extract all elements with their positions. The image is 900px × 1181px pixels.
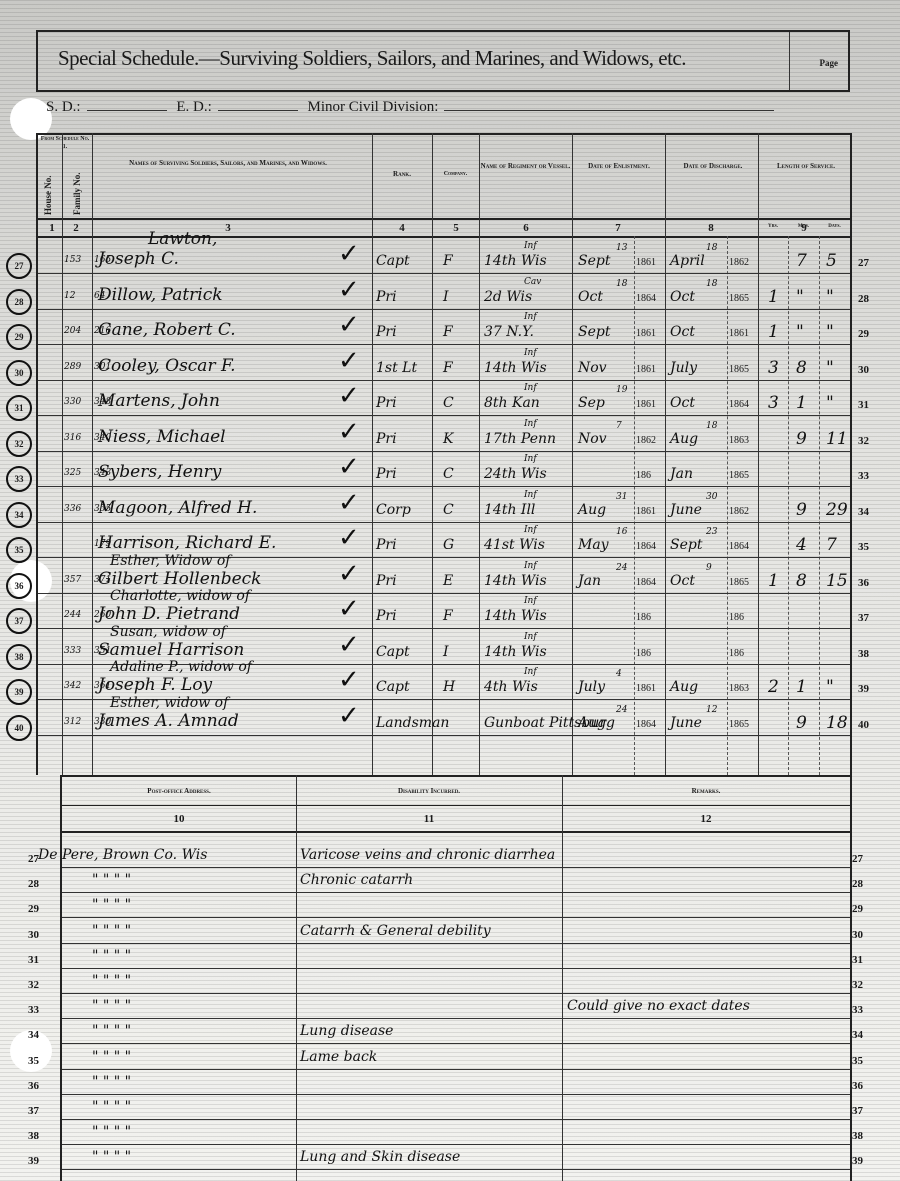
mcd-label: Minor Civil Division:	[308, 99, 439, 115]
regiment: 14th Ill	[484, 502, 535, 518]
names-header: Names of Surviving Soldiers, Sailors, an…	[108, 157, 348, 169]
regiment-branch: Inf	[524, 632, 537, 642]
line-number: 34	[28, 1029, 39, 1041]
soldier-name: Cooley, Oscar F.	[98, 356, 236, 376]
check-mark-icon: ✓	[338, 346, 360, 376]
col-num: 10	[62, 813, 296, 825]
discharge-month: Aug	[670, 679, 698, 695]
enlistment-day: 16	[616, 527, 627, 537]
company: E	[443, 573, 453, 589]
post-office-address: " " " "	[92, 1149, 131, 1165]
disability: Varicose veins and chronic diarrhea	[300, 847, 555, 863]
service-years: 1	[768, 322, 779, 342]
line-number-right: 36	[852, 1080, 863, 1092]
enlistment-year: 1862	[636, 435, 656, 446]
soldier-name: Niess, Michael	[98, 427, 226, 447]
discharge-year: 186	[729, 612, 744, 623]
soldier-name: Dillow, Patrick	[98, 285, 223, 305]
line-number: 36	[858, 577, 869, 589]
service-months: 7	[796, 251, 807, 271]
enlistment-day: 18	[616, 279, 627, 289]
enlistment-month: Sept	[578, 324, 610, 340]
ed-label: E. D.:	[176, 99, 211, 115]
post-office-address: " " " "	[92, 923, 131, 939]
service-years: 3	[768, 358, 779, 378]
sd-label: S. D.:	[46, 99, 81, 115]
enlistment-day: 24	[616, 705, 627, 715]
regiment: 14th Wis	[484, 608, 547, 624]
discharge-month: Oct	[670, 289, 695, 305]
line-number: 29	[858, 328, 869, 340]
post-office-address: " " " "	[92, 1099, 131, 1115]
rank-header: Rank.	[372, 168, 432, 180]
address-table: Post-office Address. Disability Incurred…	[60, 775, 852, 1181]
enlistment-year: 1864	[636, 577, 656, 588]
enlistment-month: Aug	[578, 715, 606, 731]
service-days: 18	[826, 713, 848, 733]
line-number-circled: 36	[6, 573, 32, 599]
page-label: Page	[820, 58, 839, 68]
col-num: 3	[218, 222, 238, 234]
company: I	[443, 644, 449, 660]
regiment-branch: Inf	[524, 596, 537, 606]
company: G	[443, 537, 454, 553]
enlistment-year: 1861	[636, 257, 656, 268]
house-number: 12	[64, 291, 75, 301]
enlistment-day: 19	[616, 385, 627, 395]
line-number: 36	[28, 1080, 39, 1092]
soldier-name: John D. Pietrand	[98, 604, 240, 624]
enlistment-day: 24	[616, 563, 627, 573]
discharge-month: Jan	[670, 466, 693, 482]
soldier-name: Samuel Harrison	[98, 640, 244, 660]
check-mark-icon: ✓	[338, 488, 360, 518]
line-number-circled: 37	[6, 608, 32, 634]
line-number: 33	[28, 1004, 39, 1016]
service-months: "	[796, 287, 804, 307]
discharge-day: 18	[706, 243, 717, 253]
regiment: 14th Wis	[484, 253, 547, 269]
check-mark-icon: ✓	[338, 559, 360, 589]
line-number-circled: 33	[6, 466, 32, 492]
company-header: Company.	[432, 168, 479, 180]
company: H	[443, 679, 455, 695]
company: F	[443, 608, 453, 624]
regiment: 24th Wis	[484, 466, 547, 482]
line-number-right: 29	[852, 903, 863, 915]
regiment-branch: Inf	[524, 383, 537, 393]
service-months: 1	[796, 677, 807, 697]
col-num: 8	[701, 222, 721, 234]
discharge-year: 1865	[729, 293, 749, 304]
regiment: 17th Penn	[484, 431, 556, 447]
rank: Pri	[376, 608, 397, 624]
discharge-month: Oct	[670, 573, 695, 589]
district-line: S. D.: E. D.: Minor Civil Division:	[46, 98, 846, 116]
widow-name: Adaline P., widow of	[110, 659, 252, 675]
line-number: 38	[28, 1130, 39, 1142]
enlistment-month: Oct	[578, 289, 603, 305]
page-divider	[789, 32, 790, 90]
line-number-circled: 27	[6, 253, 32, 279]
line-number: 39	[28, 1155, 39, 1167]
enlistment-year: 186	[636, 612, 651, 623]
company: F	[443, 324, 453, 340]
regiment-branch: Inf	[524, 525, 537, 535]
line-number: 27	[28, 853, 39, 865]
regiment: 4th Wis	[484, 679, 538, 695]
regiment-branch: Inf	[524, 312, 537, 322]
company: I	[443, 289, 449, 305]
house-number: 325	[64, 468, 81, 478]
discharge-year: 186	[729, 648, 744, 659]
remarks-header: Remarks.	[562, 785, 850, 797]
line-number-circled: 30	[6, 360, 32, 386]
check-mark-icon: ✓	[338, 665, 360, 695]
post-office-header: Post-office Address.	[62, 785, 296, 797]
line-number-circled: 31	[6, 395, 32, 421]
col-num: 2	[66, 222, 86, 234]
service-days: "	[826, 287, 834, 307]
line-number-right: 31	[852, 954, 863, 966]
enlistment-year: 1864	[636, 719, 656, 730]
soldier-name: Magoon, Alfred H.	[98, 498, 257, 518]
discharge-year: 1862	[729, 257, 749, 268]
company: C	[443, 466, 454, 482]
enlistment-month: Jan	[578, 573, 601, 589]
service-months: 1	[796, 393, 807, 413]
line-number: 27	[858, 257, 869, 269]
discharge-header: Date of Discharge.	[678, 160, 748, 172]
company: C	[443, 395, 454, 411]
col-num: 7	[608, 222, 628, 234]
service-days: "	[826, 393, 834, 413]
regiment: 37 N.Y.	[484, 324, 534, 340]
from-schedule-header: From Schedule No. 1.	[38, 135, 92, 151]
discharge-day: 12	[706, 705, 717, 715]
line-number-right: 27	[852, 853, 863, 865]
discharge-month: Sept	[670, 537, 702, 553]
enlistment-month: Sep	[578, 395, 605, 411]
discharge-year: 1862	[729, 506, 749, 517]
discharge-day: 18	[706, 279, 717, 289]
soldier-name: Joseph F. Loy	[98, 675, 212, 695]
enlistment-month: Sept	[578, 253, 610, 269]
service-months: 8	[796, 571, 807, 591]
soldiers-table: From Schedule No. 1. House No. Family No…	[36, 133, 852, 775]
regiment-branch: Cav	[524, 277, 541, 287]
enlistment-header: Date of Enlistment.	[584, 160, 654, 172]
line-number-right: 32	[852, 979, 863, 991]
disability: Lung and Skin disease	[300, 1149, 460, 1165]
line-number-right: 33	[852, 1004, 863, 1016]
col-num: 1	[42, 222, 62, 234]
post-office-address: " " " "	[92, 1124, 131, 1140]
discharge-month: Oct	[670, 324, 695, 340]
widow-name: Charlotte, widow of	[110, 588, 250, 604]
family-no-header: Family No.	[72, 163, 82, 215]
rank: Corp	[376, 502, 411, 518]
line-number-right: 38	[852, 1130, 863, 1142]
service-days: 11	[826, 429, 848, 449]
rank: Pri	[376, 324, 397, 340]
col-num: 4	[392, 222, 412, 234]
discharge-day: 9	[706, 563, 712, 573]
post-office-address: " " " "	[92, 872, 131, 888]
rank: Pri	[376, 466, 397, 482]
line-number: 31	[28, 954, 39, 966]
line-number: 32	[858, 435, 869, 447]
line-number: 33	[858, 470, 869, 482]
line-number-circled: 39	[6, 679, 32, 705]
service-days: "	[826, 677, 834, 697]
soldier-name: Gane, Robert C.	[98, 320, 236, 340]
service-months: 9	[796, 713, 807, 733]
service-years: 3	[768, 393, 779, 413]
service-days: 15	[826, 571, 848, 591]
soldier-name: Joseph C.	[98, 249, 179, 269]
service-months: 9	[796, 429, 807, 449]
col-num: 11	[296, 813, 562, 825]
line-number-right: 39	[852, 1155, 863, 1167]
line-number-circled: 38	[6, 644, 32, 670]
rank: Pri	[376, 431, 397, 447]
line-number: 38	[858, 648, 869, 660]
discharge-year: 1864	[729, 541, 749, 552]
discharge-year: 1863	[729, 435, 749, 446]
regiment: 8th Kan	[484, 395, 540, 411]
regiment-branch: Inf	[524, 454, 537, 464]
line-number: 29	[28, 903, 39, 915]
service-years: 2	[768, 677, 779, 697]
regiment-branch: Inf	[524, 348, 537, 358]
col-num: 9	[794, 222, 814, 234]
enlistment-month: Nov	[578, 360, 607, 376]
post-office-address: " " " "	[92, 1023, 131, 1039]
enlistment-year: 1861	[636, 683, 656, 694]
company: F	[443, 253, 453, 269]
regiment-branch: Inf	[524, 241, 537, 251]
enlistment-month: May	[578, 537, 609, 553]
disability: Lame back	[300, 1049, 377, 1065]
house-number: 336	[64, 504, 81, 514]
discharge-day: 18	[706, 421, 717, 431]
house-number: 342	[64, 681, 81, 691]
line-number: 28	[858, 293, 869, 305]
service-days: 29	[826, 500, 848, 520]
check-mark-icon: ✓	[338, 630, 360, 660]
line-number-right: 28	[852, 878, 863, 890]
check-mark-icon: ✓	[338, 523, 360, 553]
service-days: "	[826, 322, 834, 342]
house-number: 357	[64, 575, 81, 585]
line-number: 37	[28, 1105, 39, 1117]
post-office-address: " " " "	[92, 897, 131, 913]
service-months: "	[796, 322, 804, 342]
line-number: 28	[28, 878, 39, 890]
soldier-name: Gilbert Hollenbeck	[98, 569, 261, 589]
discharge-year: 1864	[729, 399, 749, 410]
discharge-month: April	[670, 253, 705, 269]
regiment-branch: Inf	[524, 561, 537, 571]
post-office-address: " " " "	[92, 1049, 131, 1065]
soldier-name: James A. Amnad	[98, 711, 239, 731]
house-number: 244	[64, 610, 81, 620]
regiment-branch: Inf	[524, 419, 537, 429]
enlistment-year: 1861	[636, 328, 656, 339]
enlistment-month: July	[578, 679, 605, 695]
check-mark-icon: ✓	[338, 417, 360, 447]
post-office-address: " " " "	[92, 998, 131, 1014]
line-number-circled: 40	[6, 715, 32, 741]
enlistment-day: 31	[616, 492, 627, 502]
line-number-right: 35	[852, 1055, 863, 1067]
discharge-month: July	[670, 360, 697, 376]
service-months: 9	[796, 500, 807, 520]
house-number: 204	[64, 326, 81, 336]
discharge-year: 1863	[729, 683, 749, 694]
enlistment-year: 1864	[636, 541, 656, 552]
enlistment-year: 1861	[636, 399, 656, 410]
service-header: Length of Service.	[768, 160, 844, 172]
line-number-circled: 34	[6, 502, 32, 528]
remarks: Could give no exact dates	[567, 998, 750, 1014]
check-mark-icon: ✓	[338, 239, 360, 269]
check-mark-icon: ✓	[338, 701, 360, 731]
sd-blank	[87, 98, 167, 111]
line-number: 34	[858, 506, 869, 518]
rank: Capt	[376, 644, 410, 660]
service-months: 8	[796, 358, 807, 378]
line-number: 32	[28, 979, 39, 991]
enlistment-year: 1864	[636, 293, 656, 304]
enlistment-year: 186	[636, 470, 651, 481]
check-mark-icon: ✓	[338, 275, 360, 305]
line-number-circled: 28	[6, 289, 32, 315]
discharge-year: 1865	[729, 470, 749, 481]
line-number: 30	[28, 929, 39, 941]
discharge-day: 30	[706, 492, 717, 502]
rank: Capt	[376, 679, 410, 695]
mcd-blank	[444, 98, 774, 111]
house-no-header: House No.	[43, 163, 53, 215]
discharge-year: 1865	[729, 577, 749, 588]
enlistment-month: Nov	[578, 431, 607, 447]
days-header: Days.	[819, 221, 850, 233]
check-mark-icon: ✓	[338, 594, 360, 624]
post-office-address: " " " "	[92, 1074, 131, 1090]
check-mark-icon: ✓	[338, 381, 360, 411]
disability: Chronic catarrh	[300, 872, 413, 888]
regiment: 14th Wis	[484, 573, 547, 589]
line-number: 35	[28, 1055, 39, 1067]
rank: Pri	[376, 289, 397, 305]
line-number-right: 30	[852, 929, 863, 941]
service-days: 7	[826, 535, 837, 555]
regiment: 14th Wis	[484, 360, 547, 376]
disability: Catarrh & General debility	[300, 923, 491, 939]
line-number-circled: 29	[6, 324, 32, 350]
col-num: 6	[516, 222, 536, 234]
ed-blank	[218, 98, 298, 111]
check-mark-icon: ✓	[338, 452, 360, 482]
title-box: Special Schedule.—Surviving Soldiers, Sa…	[36, 30, 850, 92]
company: K	[443, 431, 453, 447]
line-number-right: 34	[852, 1029, 863, 1041]
col-num: 12	[562, 813, 850, 825]
company: C	[443, 502, 454, 518]
house-number: 333	[64, 646, 81, 656]
form-title: Special Schedule.—Surviving Soldiers, Sa…	[58, 46, 686, 71]
soldier-name: Sybers, Henry	[98, 462, 221, 482]
discharge-month: Aug	[670, 431, 698, 447]
disability: Lung disease	[300, 1023, 393, 1039]
regiment: 2d Wis	[484, 289, 532, 305]
house-number: 330	[64, 397, 81, 407]
soldier-name: Harrison, Richard E.	[98, 533, 276, 553]
line-number-right: 37	[852, 1105, 863, 1117]
widow-name: Esther, widow of	[110, 695, 228, 711]
yrs-header: Yrs.	[758, 221, 788, 233]
enlistment-day: 7	[616, 421, 622, 431]
census-page: Special Schedule.—Surviving Soldiers, Sa…	[0, 0, 900, 1181]
post-office-address: De Pere, Brown Co. Wis	[38, 847, 207, 863]
line-number-circled: 32	[6, 431, 32, 457]
house-number: 312	[64, 717, 81, 727]
discharge-day: 23	[706, 527, 717, 537]
house-number: 316	[64, 433, 81, 443]
enlistment-year: 1861	[636, 506, 656, 517]
col-num: 5	[446, 222, 466, 234]
enlistment-month: Aug	[578, 502, 606, 518]
discharge-year: 1865	[729, 364, 749, 375]
enlistment-year: 186	[636, 648, 651, 659]
discharge-month: Oct	[670, 395, 695, 411]
line-number: 31	[858, 399, 869, 411]
discharge-year: 1865	[729, 719, 749, 730]
widow-name: Esther, Widow of	[110, 553, 230, 569]
rank: Pri	[376, 537, 397, 553]
line-number: 37	[858, 612, 869, 624]
surname-above: Lawton,	[148, 229, 217, 249]
regiment-branch: Inf	[524, 667, 537, 677]
enlistment-day: 13	[616, 243, 627, 253]
rank: 1st Lt	[376, 360, 417, 376]
regiment: 14th Wis	[484, 644, 547, 660]
house-number: 153	[64, 255, 81, 265]
enlistment-day: 4	[616, 669, 622, 679]
discharge-month: June	[670, 502, 702, 518]
line-number: 39	[858, 683, 869, 695]
regiment-header: Name of Regiment or Vessel.	[479, 160, 572, 172]
house-number: 289	[64, 362, 81, 372]
service-days: 5	[826, 251, 837, 271]
check-mark-icon: ✓	[338, 310, 360, 340]
widow-name: Susan, widow of	[110, 624, 226, 640]
line-number: 30	[858, 364, 869, 376]
discharge-month: June	[670, 715, 702, 731]
service-days: "	[826, 358, 834, 378]
service-years: 1	[768, 571, 779, 591]
line-number: 40	[858, 719, 869, 731]
soldier-name: Martens, John	[98, 391, 220, 411]
service-months: 4	[796, 535, 807, 555]
service-years: 1	[768, 287, 779, 307]
company: F	[443, 360, 453, 376]
enlistment-year: 1861	[636, 364, 656, 375]
disability-header: Disability Incurred.	[296, 785, 562, 797]
regiment-branch: Inf	[524, 490, 537, 500]
